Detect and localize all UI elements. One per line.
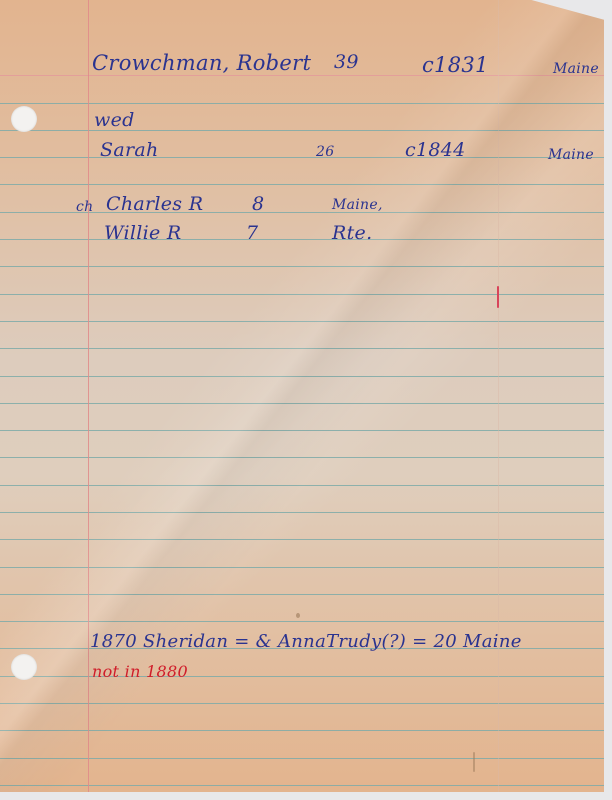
binder-hole-top — [11, 106, 37, 132]
header-rule — [0, 75, 604, 76]
head-name: Crowchman, Robert — [92, 53, 311, 74]
ruled-line — [0, 130, 604, 131]
ruled-line — [0, 103, 604, 104]
left-margin-line — [88, 0, 89, 792]
right-margin-line — [498, 0, 499, 792]
head-age: 39 — [334, 53, 359, 72]
child-note: Maine, — [332, 198, 383, 212]
ruled-line — [0, 294, 604, 295]
ruled-line — [0, 239, 604, 240]
wife-birth-year: c1844 — [405, 141, 466, 160]
ruled-line — [0, 266, 604, 267]
wife-age: 26 — [316, 145, 334, 159]
red-tick-mark — [497, 286, 499, 308]
child-age: 7 — [246, 224, 258, 243]
notebook-page: Crowchman, Robert 39 c1831 Maine wed Sar… — [0, 0, 604, 792]
wife-name: Sarah — [100, 141, 159, 160]
binder-hole-bottom — [11, 654, 37, 680]
ruled-line — [0, 594, 604, 595]
wife-label: wed — [94, 111, 135, 130]
ruled-line — [0, 676, 604, 677]
paper-fold-crease — [0, 0, 604, 792]
head-birth-year: c1831 — [422, 55, 489, 76]
child-name: Willie R — [104, 224, 182, 243]
ruled-line — [0, 758, 604, 759]
wife-birthplace: Maine — [548, 148, 594, 162]
ruled-line — [0, 321, 604, 322]
ink-mark — [473, 752, 475, 772]
ruled-line — [0, 621, 604, 622]
ruled-line — [0, 730, 604, 731]
ruled-line — [0, 567, 604, 568]
ruled-line — [0, 403, 604, 404]
ruled-line — [0, 703, 604, 704]
ruled-line — [0, 184, 604, 185]
child-name: Charles R — [106, 195, 203, 214]
head-birthplace: Maine — [553, 62, 599, 76]
census-note: 1870 Sheridan = & AnnaTrudy(?) = 20 Main… — [90, 633, 522, 651]
ruled-line — [0, 512, 604, 513]
ruled-line — [0, 430, 604, 431]
ruled-line — [0, 348, 604, 349]
ruled-line — [0, 376, 604, 377]
ruled-line — [0, 157, 604, 158]
child-age: 8 — [252, 195, 264, 214]
child-note: Rte. — [332, 224, 372, 243]
ruled-line — [0, 485, 604, 486]
red-census-note: not in 1880 — [92, 664, 188, 680]
paper-spot — [296, 613, 300, 618]
ruled-line — [0, 785, 604, 786]
ruled-line — [0, 539, 604, 540]
ruled-line — [0, 457, 604, 458]
children-label: ch — [76, 200, 93, 214]
